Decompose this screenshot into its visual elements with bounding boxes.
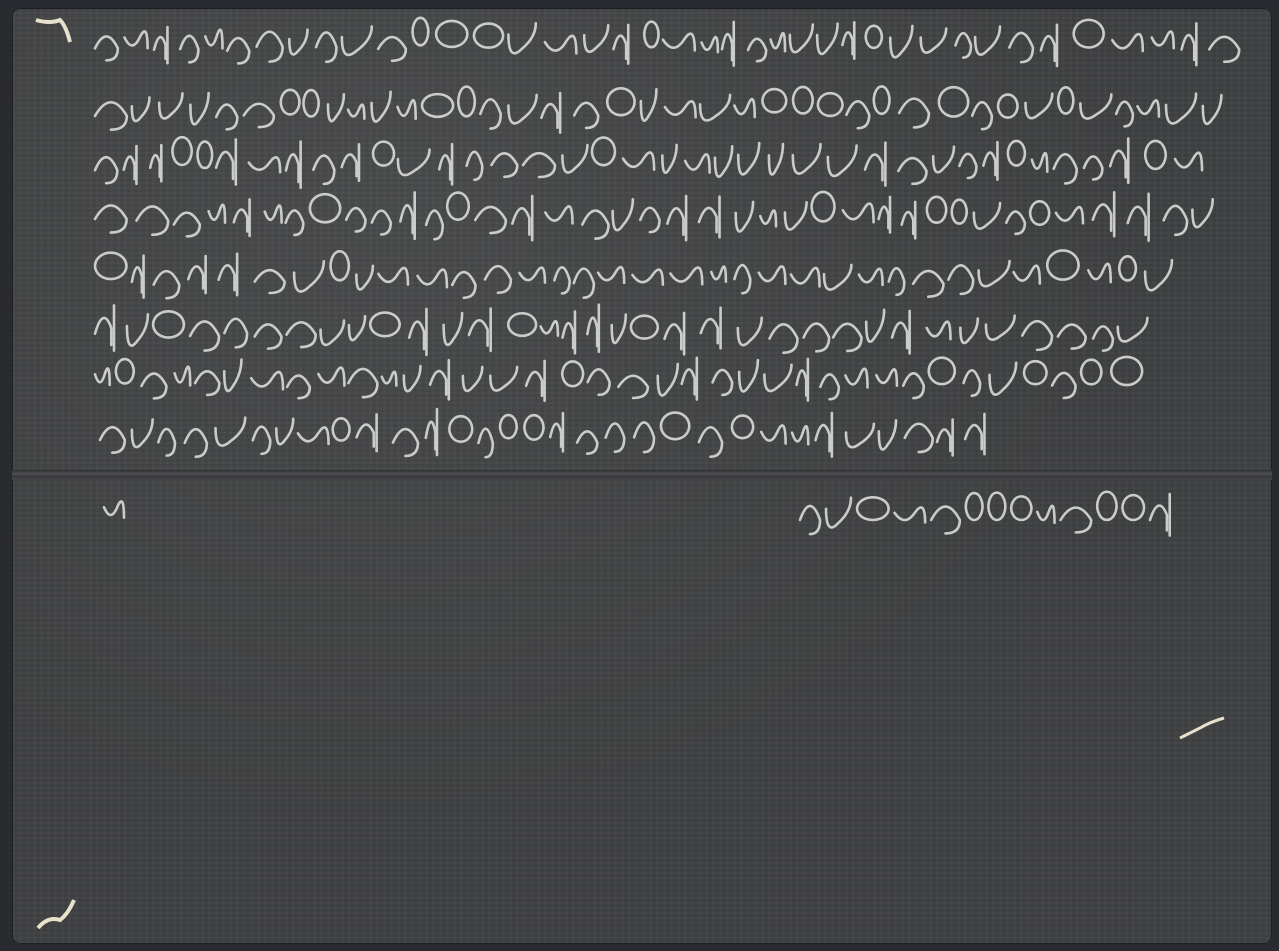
script-glyph	[508, 313, 536, 336]
script-glyph	[1024, 361, 1046, 384]
script-glyph	[587, 305, 598, 352]
script-glyph	[294, 261, 324, 291]
script-glyph	[1026, 94, 1053, 119]
script-glyph	[939, 87, 968, 116]
script-glyph	[153, 311, 184, 337]
script-glyph	[612, 315, 626, 343]
script-glyph	[328, 94, 344, 121]
script-glyph	[702, 37, 718, 52]
script-glyph	[136, 206, 168, 234]
script-glyph	[1164, 206, 1187, 235]
script-glyph	[1037, 506, 1054, 523]
script-glyph	[644, 22, 658, 48]
script-glyph	[582, 211, 608, 239]
script-glyph	[430, 360, 449, 399]
script-glyph	[899, 99, 929, 128]
script-glyph	[866, 26, 882, 48]
script-glyph	[748, 39, 766, 61]
script-glyph	[699, 427, 722, 456]
script-glyph	[276, 419, 293, 444]
script-glyph	[641, 89, 657, 120]
script-glyph	[964, 370, 981, 395]
script-glyph	[606, 423, 625, 451]
script-glyph	[550, 413, 563, 451]
script-glyph	[890, 26, 912, 57]
script-glyph	[574, 269, 594, 298]
script-glyph	[1047, 250, 1078, 279]
script-glyph	[444, 313, 462, 345]
script-glyph	[426, 211, 443, 240]
script-glyph	[700, 95, 730, 121]
script-glyph	[965, 414, 984, 454]
script-glyph	[447, 193, 469, 220]
script-glyph	[759, 266, 786, 283]
script-glyph	[613, 199, 633, 230]
script-glyph	[1084, 156, 1102, 179]
script-glyph	[682, 358, 697, 400]
script-glyph	[469, 308, 491, 350]
script-glyph	[791, 268, 820, 287]
script-glyph	[1128, 194, 1149, 241]
script-glyph	[173, 137, 192, 165]
script-glyph	[1011, 496, 1031, 520]
script-glyph	[188, 256, 205, 293]
script-glyph	[463, 367, 482, 391]
script-glyph	[132, 256, 144, 298]
script-glyph	[257, 32, 283, 62]
script-glyph	[1054, 154, 1077, 183]
script-glyph	[190, 321, 219, 350]
script-glyph	[1093, 326, 1113, 350]
script-glyph	[95, 205, 127, 232]
script-glyph	[1137, 100, 1158, 116]
script-glyph	[889, 268, 905, 295]
script-glyph	[224, 360, 241, 391]
script-glyph	[1111, 357, 1142, 385]
script-glyph	[1118, 318, 1148, 342]
script-glyph	[205, 30, 222, 49]
script-glyph	[722, 22, 734, 66]
script-glyph	[1032, 153, 1047, 172]
script-glyph	[413, 18, 429, 45]
script-glyph	[667, 196, 686, 240]
script-glyph	[988, 493, 1005, 520]
script-glyph	[357, 414, 377, 451]
script-glyph	[937, 420, 953, 456]
script-glyph	[95, 36, 118, 60]
script-glyph	[846, 101, 869, 128]
script-glyph	[195, 371, 219, 395]
script-glyph	[1041, 25, 1057, 66]
script-glyph	[286, 141, 301, 187]
script-glyph	[618, 376, 647, 398]
script-glyph	[253, 427, 270, 454]
script-glyph	[318, 368, 344, 386]
script-glyph	[398, 150, 430, 176]
script-glyph	[1119, 256, 1136, 280]
script-glyph	[333, 418, 350, 440]
script-glyph	[554, 267, 569, 293]
script-glyph	[287, 322, 316, 347]
script-glyph	[764, 365, 791, 391]
script-glyph	[1209, 37, 1239, 62]
script-glyph	[458, 87, 474, 117]
script-glyph	[833, 324, 861, 351]
script-glyph	[892, 311, 910, 354]
script-glyph	[588, 369, 610, 394]
script-glyph	[793, 144, 821, 173]
script-glyph	[1030, 201, 1049, 224]
script-glyph	[104, 501, 124, 517]
script-glyph	[1150, 494, 1170, 535]
script-glyph	[1192, 199, 1212, 227]
script-glyph	[95, 102, 127, 129]
script-glyph	[1112, 34, 1142, 51]
script-glyph	[770, 324, 798, 352]
script-glyph	[150, 145, 161, 181]
script-glyph	[762, 89, 786, 112]
script-glyph	[902, 202, 915, 238]
script-glyph	[491, 153, 517, 176]
script-glyph	[185, 429, 207, 457]
script-glyph	[281, 90, 300, 115]
script-glyph	[952, 200, 967, 224]
script-glyph	[372, 92, 391, 122]
script-glyph	[198, 142, 213, 168]
script-glyph	[955, 33, 970, 57]
script-glyph	[127, 314, 148, 345]
script-glyph	[100, 427, 125, 453]
script-glyph	[927, 197, 946, 223]
script-glyph	[356, 266, 373, 290]
script-glyph	[227, 38, 249, 63]
script-glyph	[966, 493, 983, 520]
script-glyph	[348, 105, 364, 119]
script-glyph	[699, 197, 720, 238]
script-glyph	[663, 34, 695, 51]
script-glyph	[843, 204, 874, 223]
script-glyph	[562, 361, 583, 386]
script-glyph	[761, 425, 785, 443]
script-glyph	[1152, 32, 1174, 49]
script-glyph	[378, 37, 406, 61]
script-glyph	[1203, 95, 1222, 124]
script-glyph	[711, 267, 726, 282]
script-glyph	[574, 103, 598, 128]
script-glyph	[734, 99, 754, 117]
script-glyph	[132, 97, 150, 121]
script-glyph	[321, 321, 344, 345]
script-glyph	[800, 506, 820, 534]
script-glyph	[1122, 495, 1144, 520]
script-glyph	[298, 427, 329, 443]
script-glyph	[265, 205, 282, 222]
script-glyph	[1097, 492, 1116, 520]
script-glyph	[670, 268, 702, 285]
script-glyph	[732, 416, 753, 439]
script-glyph	[480, 99, 500, 128]
script-glyph	[866, 310, 884, 342]
script-glyph	[224, 319, 247, 348]
script-glyph	[812, 192, 835, 222]
script-glyph	[180, 36, 198, 62]
script-glyph	[541, 93, 560, 132]
script-glyph	[439, 144, 452, 184]
script-glyph	[598, 267, 624, 283]
script-glyph	[1093, 192, 1114, 236]
script-glyph	[739, 360, 758, 391]
script-glyph	[373, 142, 394, 166]
script-glyph	[124, 31, 147, 48]
script-glyph	[929, 358, 955, 384]
script-glyph	[879, 420, 896, 449]
script-glyph	[1088, 264, 1110, 282]
script-glyph	[933, 147, 954, 173]
script-glyph	[661, 413, 689, 440]
script-glyph	[972, 102, 992, 129]
script-glyph	[422, 94, 453, 117]
script-glyph	[1056, 207, 1083, 223]
script-glyph	[948, 265, 973, 294]
script-glyph	[1182, 23, 1197, 65]
script-glyph	[485, 266, 511, 293]
script-glyph	[771, 33, 785, 51]
script-glyph	[903, 373, 924, 398]
script-glyph	[95, 157, 117, 183]
script-glyph	[349, 316, 365, 340]
script-glyph	[219, 254, 238, 295]
damage-mark-right	[1180, 718, 1224, 738]
script-glyph	[785, 202, 807, 229]
script-glyph	[209, 205, 225, 223]
script-glyph	[769, 144, 783, 175]
script-glyph	[508, 23, 535, 53]
script-glyph	[524, 415, 543, 439]
script-glyph	[713, 370, 733, 395]
script-glyph	[817, 24, 837, 54]
script-glyph	[665, 313, 685, 354]
script-glyph	[545, 36, 576, 53]
script-glyph	[986, 316, 1015, 340]
script-glyph	[975, 27, 1000, 55]
script-glyph	[310, 194, 340, 222]
script-glyph	[378, 268, 408, 285]
script-glyph	[342, 26, 372, 55]
script-glyph	[1006, 212, 1025, 234]
script-glyph	[313, 156, 334, 184]
script-glyph	[475, 207, 506, 233]
script-glyph	[715, 146, 732, 176]
script-glyph	[154, 271, 180, 298]
script-glyph	[409, 309, 426, 355]
script-glyph	[874, 86, 890, 113]
script-glyph	[701, 308, 721, 348]
script-glyph	[607, 88, 634, 115]
script-glyph	[760, 210, 776, 226]
script-glyph	[736, 202, 753, 231]
script-glyph	[255, 270, 285, 293]
script-glyph	[865, 143, 885, 186]
script-glyph	[159, 93, 182, 118]
damage-mark-top-left	[36, 20, 70, 42]
script-glyph	[478, 429, 492, 457]
script-glyph	[95, 305, 114, 350]
script-glyph	[974, 203, 1000, 229]
script-glyph	[404, 366, 421, 391]
script-glyph	[512, 196, 532, 240]
script-glyph	[216, 418, 246, 446]
script-glyph	[190, 93, 208, 124]
script-glyph	[577, 431, 597, 453]
script-glyph	[370, 313, 399, 337]
script-glyph	[1175, 153, 1202, 170]
script-glyph	[960, 319, 977, 343]
script-glyph	[846, 424, 874, 447]
script-glyph	[592, 138, 615, 166]
script-glyph	[1081, 360, 1101, 385]
script-glyph	[287, 376, 310, 399]
script-glyph	[286, 210, 304, 234]
script-glyph	[816, 413, 832, 457]
script-glyph	[790, 25, 813, 53]
script-glyph	[895, 507, 926, 522]
script-glyph	[983, 142, 997, 179]
script-glyph	[662, 145, 676, 173]
script-glyph	[490, 367, 517, 391]
script-glyph	[289, 30, 307, 55]
script-glyph	[372, 211, 391, 235]
script-glyph	[738, 318, 762, 345]
manuscript-script	[0, 0, 1279, 951]
script-glyph	[1052, 373, 1075, 398]
damage-mark-bottom-left	[38, 900, 74, 928]
script-glyph	[623, 152, 654, 169]
script-glyph	[738, 143, 759, 174]
script-glyph	[95, 368, 110, 384]
script-glyph	[584, 25, 608, 52]
script-glyph	[640, 208, 659, 232]
script-glyph	[382, 372, 397, 386]
script-glyph	[449, 416, 472, 442]
script-glyph	[927, 322, 951, 339]
script-glyph	[523, 153, 555, 177]
script-glyph	[613, 25, 628, 64]
script-glyph	[898, 158, 926, 184]
script-glyph	[562, 145, 587, 173]
script-glyph	[348, 369, 377, 397]
script-glyph	[255, 324, 282, 348]
script-glyph	[526, 361, 544, 401]
script-glyph	[1008, 141, 1025, 166]
script-glyph	[1110, 138, 1128, 182]
script-glyph	[158, 429, 175, 456]
script-glyph	[545, 206, 572, 223]
script-glyph	[820, 374, 838, 399]
script-glyph	[234, 199, 250, 235]
script-glyph	[400, 192, 414, 238]
script-glyph	[154, 27, 167, 63]
script-glyph	[1166, 94, 1196, 124]
script-glyph	[124, 146, 137, 184]
script-glyph	[658, 364, 678, 395]
script-glyph	[1014, 266, 1040, 284]
script-glyph	[316, 32, 336, 61]
script-glyph	[1080, 94, 1111, 118]
script-glyph	[175, 367, 190, 386]
script-glyph	[474, 24, 503, 48]
script-glyph	[251, 372, 283, 389]
script-glyph	[1009, 33, 1033, 62]
script-glyph	[508, 95, 536, 123]
script-glyph	[857, 497, 889, 520]
script-glyph	[500, 415, 517, 438]
script-glyph	[792, 426, 808, 444]
script-glyph	[905, 424, 933, 452]
script-glyph	[452, 272, 475, 298]
script-glyph	[818, 93, 843, 116]
script-glyph	[249, 157, 280, 172]
script-glyph	[634, 422, 654, 452]
script-glyph	[921, 29, 947, 53]
script-glyph	[1116, 102, 1133, 127]
script-glyph	[132, 419, 153, 447]
script-glyph	[828, 146, 857, 176]
script-glyph	[824, 265, 851, 290]
script-glyph	[418, 270, 447, 288]
script-glyph	[913, 271, 943, 297]
script-glyph	[632, 270, 662, 285]
script-glyph	[826, 498, 851, 528]
script-glyph	[346, 208, 365, 231]
script-glyph	[797, 359, 808, 401]
script-glyph	[931, 507, 960, 534]
script-glyph	[541, 321, 558, 335]
script-glyph	[331, 251, 349, 280]
script-glyph	[1061, 508, 1092, 533]
script-glyph	[216, 139, 236, 184]
script-glyph	[793, 87, 813, 114]
script-glyph	[436, 21, 467, 47]
script-glyph	[842, 22, 854, 58]
script-glyph	[959, 154, 976, 178]
script-glyph	[734, 265, 750, 293]
script-glyph	[244, 104, 274, 127]
script-glyph	[116, 359, 134, 383]
script-glyph	[1145, 141, 1165, 169]
script-glyph	[393, 429, 418, 456]
script-glyph	[1145, 260, 1172, 290]
script-glyph	[342, 144, 359, 180]
script-glyph	[685, 154, 709, 172]
script-glyph	[563, 312, 575, 354]
script-glyph	[398, 100, 416, 118]
script-glyph	[879, 197, 890, 233]
script-glyph	[990, 363, 1017, 395]
script-glyph	[1022, 321, 1052, 350]
script-glyph	[665, 101, 696, 117]
script-glyph	[426, 409, 437, 455]
script-glyph	[859, 269, 883, 285]
script-glyph	[467, 152, 483, 180]
script-glyph	[1058, 87, 1073, 113]
script-glyph	[95, 253, 126, 279]
script-glyph	[216, 105, 237, 130]
script-glyph	[979, 261, 1010, 286]
script-glyph	[1074, 20, 1104, 48]
script-glyph	[520, 268, 545, 283]
script-glyph	[998, 95, 1017, 118]
script-glyph	[174, 213, 200, 237]
